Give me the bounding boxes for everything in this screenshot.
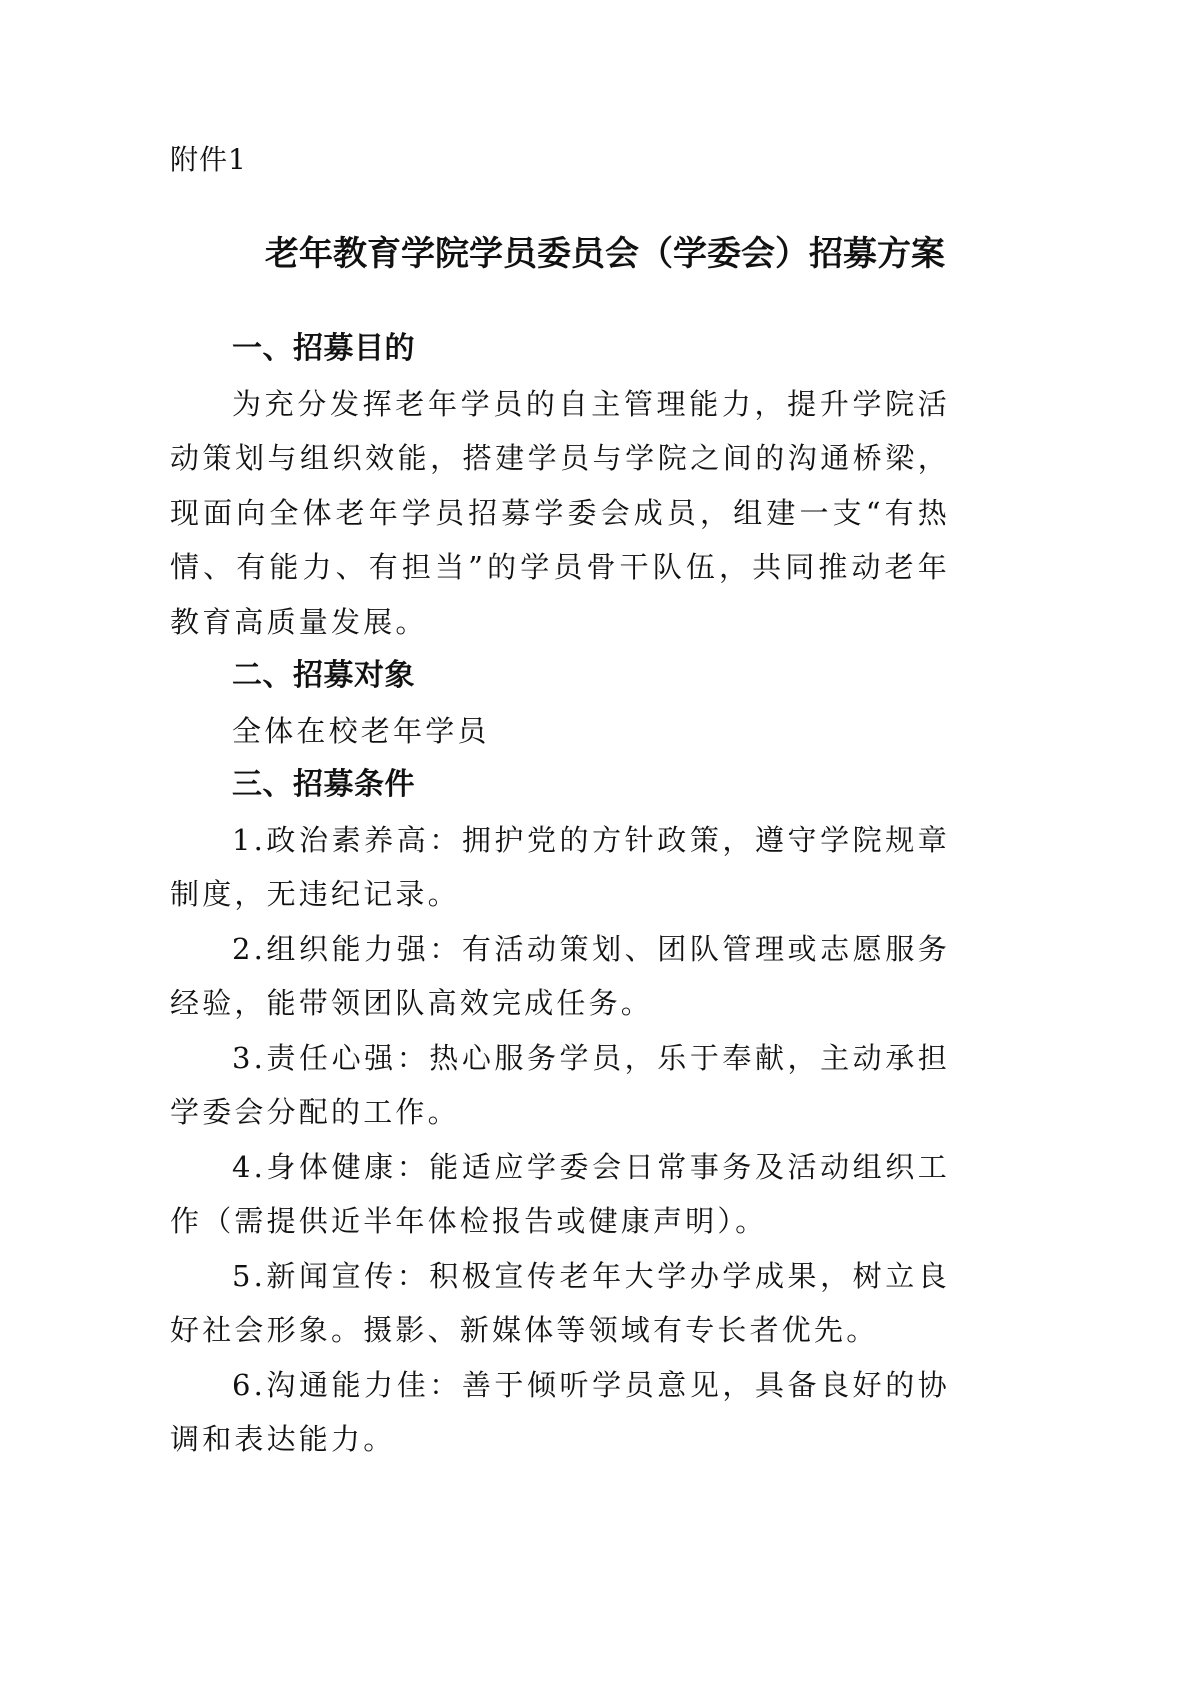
paragraph-target: 全体在校老年学员 xyxy=(170,704,950,759)
condition-item-5: 5.新闻宣传：积极宣传老年大学办学成果，树立良好社会形象。摄影、新媒体等领域有专… xyxy=(170,1249,950,1358)
document-page: 附件1 老年教育学院学员委员会（学委会）招募方案 一、招募目的 为充分发挥老年学… xyxy=(0,0,1195,1688)
section-heading-target: 二、招募对象 xyxy=(170,649,950,704)
condition-item-6: 6.沟通能力佳：善于倾听学员意见，具备良好的协调和表达能力。 xyxy=(170,1358,950,1467)
document-title: 老年教育学院学员委员会（学委会）招募方案 xyxy=(0,226,1195,275)
document-body: 一、招募目的 为充分发挥老年学员的自主管理能力，提升学院活动策划与组织效能，搭建… xyxy=(170,322,950,1467)
condition-item-4: 4.身体健康：能适应学委会日常事务及活动组织工作（需提供近半年体检报告或健康声明… xyxy=(170,1140,950,1249)
attachment-label: 附件1 xyxy=(170,138,247,178)
condition-item-2: 2.组织能力强：有活动策划、团队管理或志愿服务经验，能带领团队高效完成任务。 xyxy=(170,922,950,1031)
section-heading-purpose: 一、招募目的 xyxy=(170,322,950,377)
condition-item-3: 3.责任心强：热心服务学员，乐于奉献，主动承担学委会分配的工作。 xyxy=(170,1031,950,1140)
condition-item-1: 1.政治素养高：拥护党的方针政策，遵守学院规章制度，无违纪记录。 xyxy=(170,813,950,922)
section-heading-conditions: 三、招募条件 xyxy=(170,758,950,813)
paragraph-purpose: 为充分发挥老年学员的自主管理能力，提升学院活动策划与组织效能，搭建学员与学院之间… xyxy=(170,377,950,650)
